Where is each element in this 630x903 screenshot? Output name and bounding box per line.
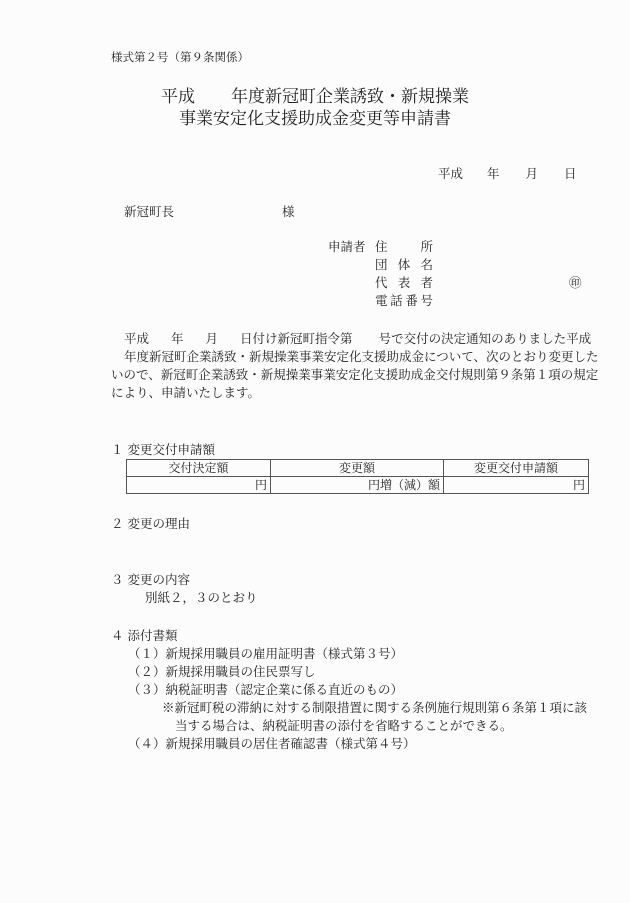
- title-era: 平成: [161, 87, 195, 107]
- application-date: 平成年月日: [438, 165, 577, 183]
- date-month: 月: [526, 166, 539, 181]
- cell-requested-amount[interactable]: 円: [444, 477, 589, 494]
- title-line-2: 事業安定化支援助成金変更等申請書: [0, 108, 630, 130]
- attachment-note-line-1: ※新冠町税の滞納に対する制限措置に関する条例施行規則第６条第１項に該: [162, 699, 587, 717]
- applicant-field-organization: 団体名: [375, 256, 433, 274]
- attachment-item-4: （４）新規採用職員の居住者確認書（様式第４号）: [128, 735, 416, 753]
- section-3-content: 別紙２，３のとおり: [145, 589, 258, 607]
- seal-icon: ㊞: [569, 274, 582, 292]
- applicant-field-address: 住 所: [375, 238, 433, 256]
- date-year: 年: [487, 166, 500, 181]
- addressee-name: 新冠町長: [124, 203, 174, 221]
- attachment-item-2: （２）新規採用職員の住民票写し: [128, 663, 316, 681]
- section-1-heading: １ 変更交付申請額: [111, 441, 215, 459]
- body-line-3: いので、新冠町企業誘致・新規操業事業安定化支援助成金交付規則第９条第１項の規定: [111, 366, 598, 384]
- applicant-field-representative: 代表者: [375, 274, 433, 292]
- table-header-row: 交付決定額 変更額 変更交付申請額: [127, 460, 589, 477]
- applicant-field-phone: 電話番号: [375, 292, 433, 310]
- body-line-4: により、申請いたします。: [111, 384, 260, 402]
- date-day: 日: [564, 166, 577, 181]
- attachment-item-1: （１）新規採用職員の雇用証明書（様式第３号）: [128, 645, 403, 663]
- date-era: 平成: [438, 166, 463, 181]
- header-decided-amount: 交付決定額: [127, 460, 271, 477]
- applicant-label: 申請者: [328, 238, 366, 256]
- section-2-heading: ２ 変更の理由: [111, 515, 190, 533]
- header-requested-amount: 変更交付申請額: [444, 460, 589, 477]
- cell-decided-amount[interactable]: 円: [127, 477, 271, 494]
- attachment-item-3: （３）納税証明書（認定企業に係る直近のもの）: [128, 681, 403, 699]
- title-line1-rest: 年度新冠町企業誘致・新規操業: [231, 87, 469, 107]
- attachment-note-line-2: 当する場合は、納税証明書の添付を省略することができる。: [175, 717, 513, 735]
- form-number: 様式第２号（第９条関係）: [111, 49, 249, 65]
- body-line-2: 年度新冠町企業誘致・新規操業事業安定化支援助成金について、次のとおり変更した: [124, 348, 599, 366]
- header-change-amount: 変更額: [271, 460, 444, 477]
- section-4-heading: ４ 添付書類: [111, 627, 177, 645]
- section-3-heading: ３ 変更の内容: [111, 571, 190, 589]
- table-row: 円 円増（減）額 円: [127, 477, 589, 494]
- title-line-1: 平成年度新冠町企業誘致・新規操業: [0, 86, 630, 108]
- cell-change-amount[interactable]: 円増（減）額: [271, 477, 444, 494]
- addressee-honorific: 様: [282, 203, 295, 221]
- body-line-1: 平成年月日付け新冠町指令第号で交付の決定通知のありました平成: [124, 330, 591, 348]
- amount-table: 交付決定額 変更額 変更交付申請額 円 円増（減）額 円: [126, 459, 589, 494]
